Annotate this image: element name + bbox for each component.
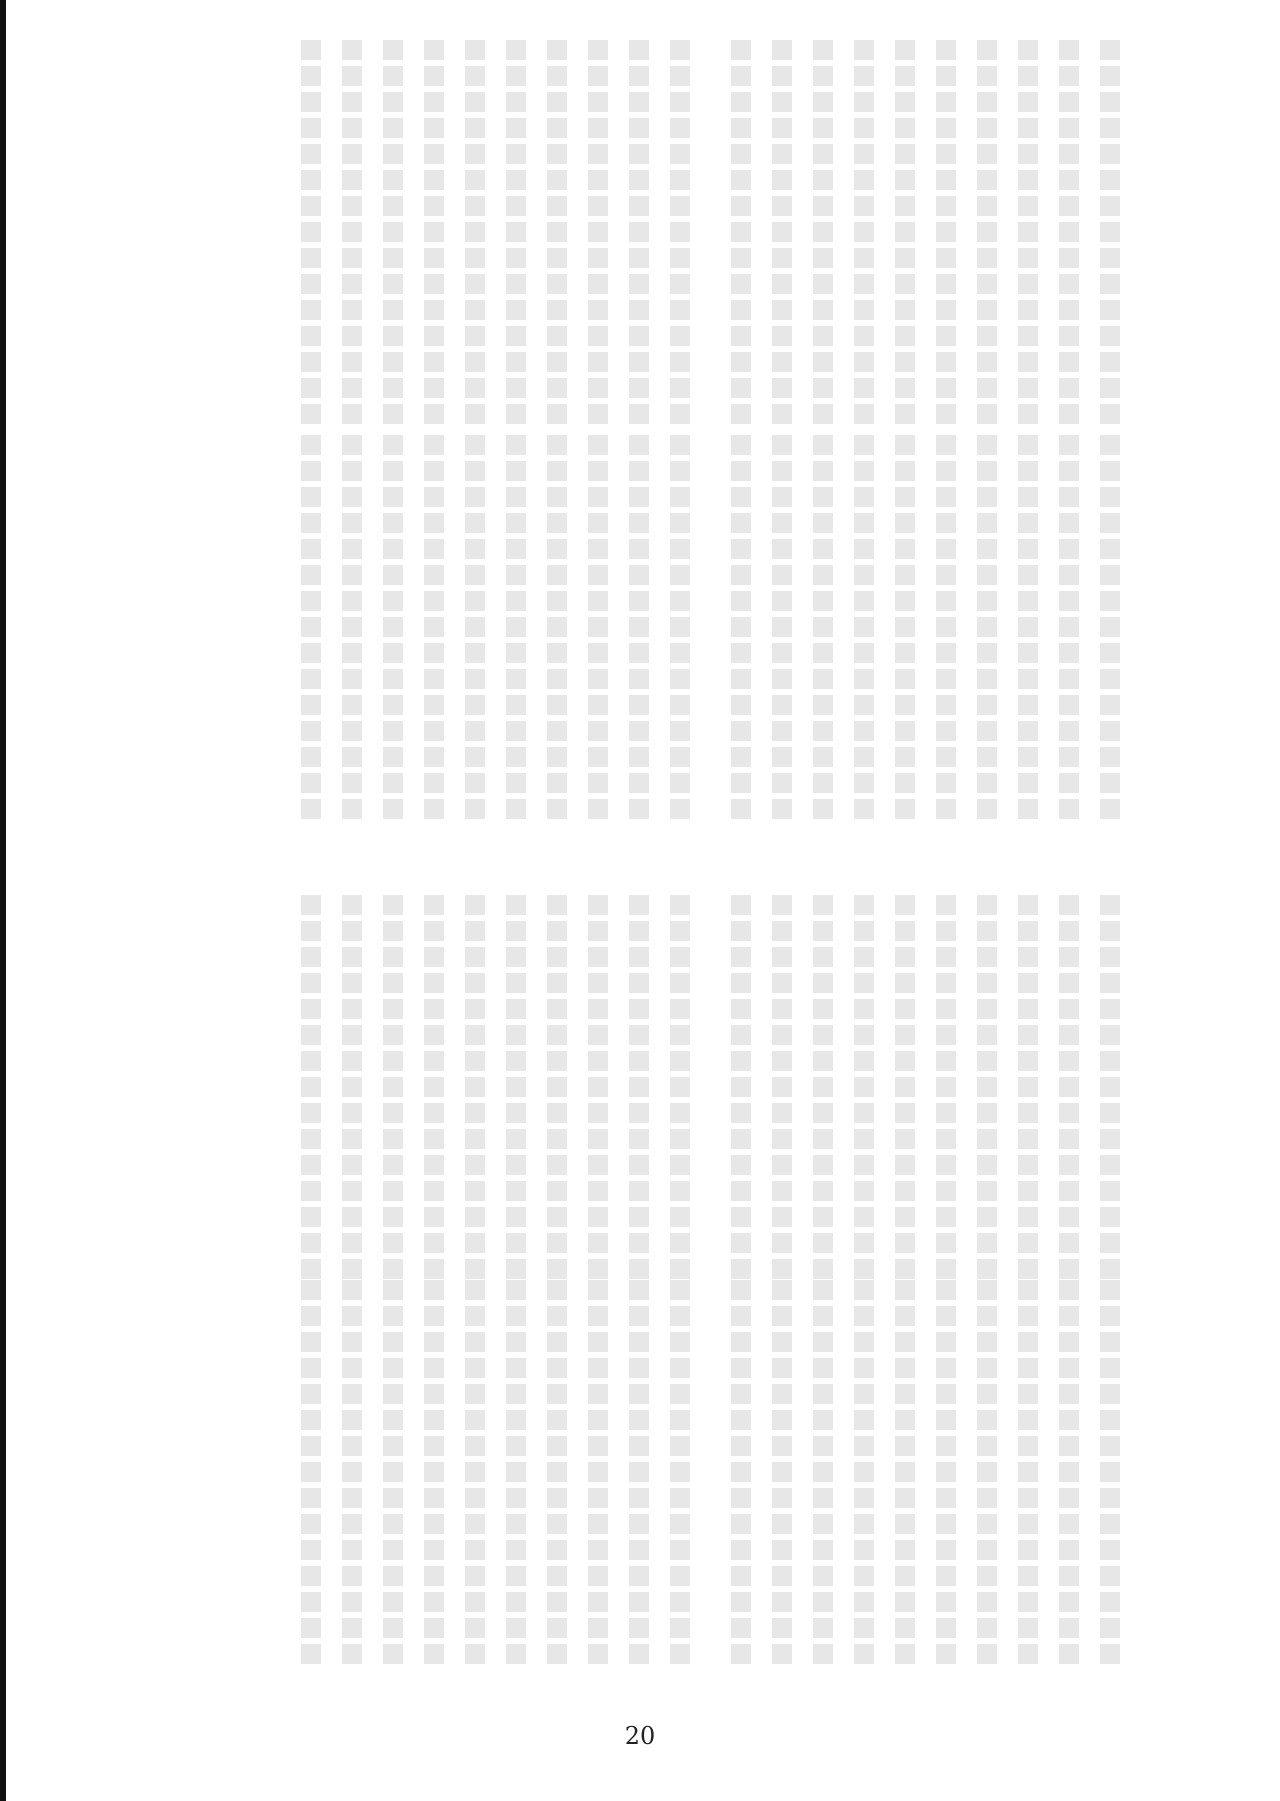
text-column-placeholder <box>588 40 608 425</box>
text-column-placeholder <box>424 40 444 425</box>
text-block <box>700 1280 1120 1665</box>
text-column-placeholder <box>936 40 956 425</box>
text-column-placeholder <box>383 435 403 820</box>
text-column-placeholder <box>465 435 485 820</box>
binding-edge <box>0 0 6 1801</box>
text-column-placeholder <box>424 435 444 820</box>
text-column-placeholder <box>465 1280 485 1665</box>
text-column-placeholder <box>813 40 833 425</box>
text-column-placeholder <box>506 435 526 820</box>
text-column-placeholder <box>772 435 792 820</box>
text-column-placeholder <box>301 40 321 425</box>
text-column-placeholder <box>936 435 956 820</box>
text-column-placeholder <box>1018 40 1038 425</box>
text-column-placeholder <box>670 895 690 1280</box>
text-column-placeholder <box>895 435 915 820</box>
text-block <box>270 895 690 1280</box>
text-column-placeholder <box>895 1280 915 1665</box>
text-column-placeholder <box>772 895 792 1280</box>
text-column-placeholder <box>547 435 567 820</box>
text-column-placeholder <box>772 1280 792 1665</box>
text-column-placeholder <box>547 40 567 425</box>
text-column-placeholder <box>301 1280 321 1665</box>
text-column-placeholder <box>1059 895 1079 1280</box>
text-column-placeholder <box>977 40 997 425</box>
text-column-placeholder <box>383 40 403 425</box>
text-column-placeholder <box>588 435 608 820</box>
text-column-placeholder <box>465 40 485 425</box>
text-block <box>270 435 690 820</box>
text-column-placeholder <box>670 1280 690 1665</box>
text-column-placeholder <box>301 435 321 820</box>
text-column-placeholder <box>465 895 485 1280</box>
text-block <box>700 895 1120 1280</box>
text-column-placeholder <box>936 1280 956 1665</box>
text-column-placeholder <box>506 40 526 425</box>
text-column-placeholder <box>813 895 833 1280</box>
text-column-placeholder <box>854 1280 874 1665</box>
text-column-placeholder <box>1059 435 1079 820</box>
text-column-placeholder <box>342 1280 362 1665</box>
text-column-placeholder <box>1018 435 1038 820</box>
text-column-placeholder <box>1100 435 1120 820</box>
text-column-placeholder <box>1100 40 1120 425</box>
text-column-placeholder <box>629 40 649 425</box>
text-column-placeholder <box>301 895 321 1280</box>
text-column-placeholder <box>670 40 690 425</box>
text-column-placeholder <box>1059 1280 1079 1665</box>
text-block <box>700 40 1120 425</box>
text-column-placeholder <box>670 435 690 820</box>
text-column-placeholder <box>506 1280 526 1665</box>
text-column-placeholder <box>588 895 608 1280</box>
text-column-placeholder <box>1100 895 1120 1280</box>
text-column-placeholder <box>547 1280 567 1665</box>
text-column-placeholder <box>424 895 444 1280</box>
text-column-placeholder <box>1100 1280 1120 1665</box>
text-column-placeholder <box>895 895 915 1280</box>
text-column-placeholder <box>731 435 751 820</box>
text-column-placeholder <box>383 1280 403 1665</box>
text-column-placeholder <box>1018 895 1038 1280</box>
text-block <box>700 435 1120 820</box>
text-column-placeholder <box>977 1280 997 1665</box>
text-column-placeholder <box>424 1280 444 1665</box>
text-column-placeholder <box>813 435 833 820</box>
text-column-placeholder <box>588 1280 608 1665</box>
text-column-placeholder <box>977 895 997 1280</box>
text-column-placeholder <box>731 40 751 425</box>
text-column-placeholder <box>342 40 362 425</box>
text-column-placeholder <box>629 1280 649 1665</box>
text-column-placeholder <box>342 895 362 1280</box>
text-column-placeholder <box>854 435 874 820</box>
text-column-placeholder <box>629 435 649 820</box>
text-column-placeholder <box>506 895 526 1280</box>
text-column-placeholder <box>629 895 649 1280</box>
text-column-placeholder <box>813 1280 833 1665</box>
text-column-placeholder <box>547 895 567 1280</box>
text-column-placeholder <box>854 895 874 1280</box>
text-block <box>270 40 690 425</box>
text-column-placeholder <box>342 435 362 820</box>
text-block <box>270 1280 690 1665</box>
text-column-placeholder <box>1059 40 1079 425</box>
text-column-placeholder <box>772 40 792 425</box>
text-column-placeholder <box>936 895 956 1280</box>
text-column-placeholder <box>895 40 915 425</box>
text-column-placeholder <box>1018 1280 1038 1665</box>
text-column-placeholder <box>854 40 874 425</box>
text-column-placeholder <box>977 435 997 820</box>
text-column-placeholder <box>731 895 751 1280</box>
page-number: 20 <box>0 1722 1280 1750</box>
text-column-placeholder <box>731 1280 751 1665</box>
text-column-placeholder <box>383 895 403 1280</box>
